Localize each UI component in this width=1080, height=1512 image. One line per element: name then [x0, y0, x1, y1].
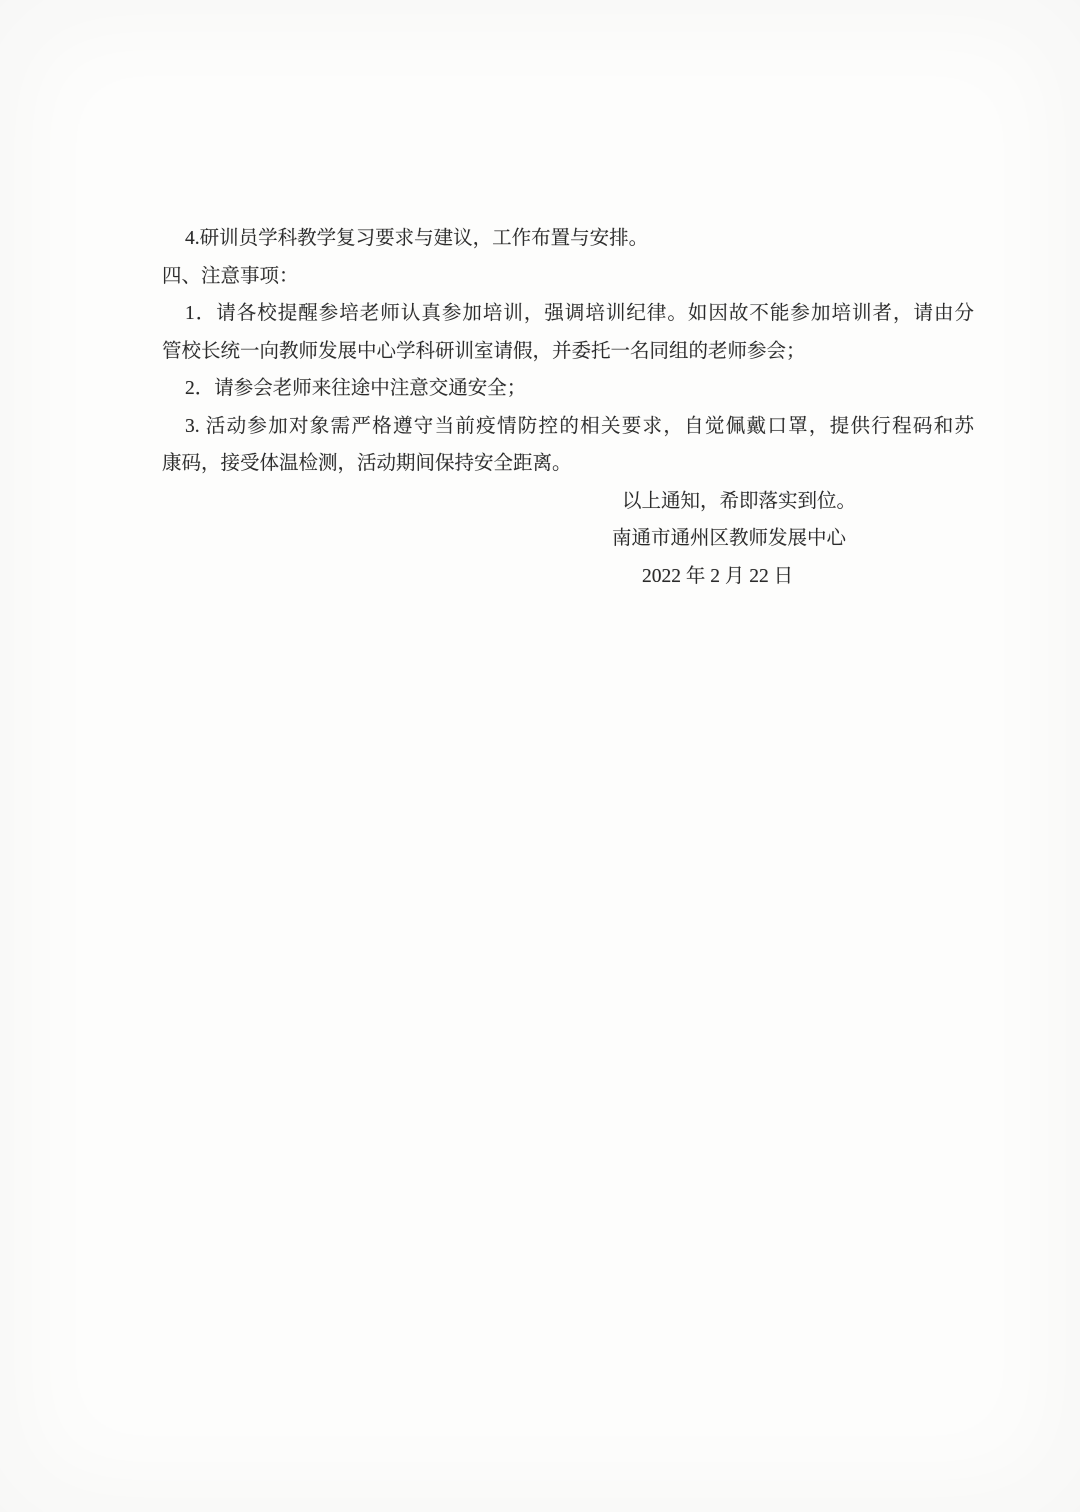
notice-body: 4.研训员学科教学复习要求与建议，工作布置与安排。 四、注意事项： 1．请各校提… — [162, 220, 974, 595]
point-4-line: 4.研训员学科教学复习要求与建议，工作布置与安排。 — [162, 220, 974, 258]
note-2-line: 2．请参会老师来往途中注意交通安全； — [162, 370, 974, 408]
note-3-line-2: 康码，接受体温检测，活动期间保持安全距离。 — [162, 445, 974, 483]
issuer-name: 南通市通州区教师发展中心 — [612, 520, 974, 558]
note-1-line-2: 管校长统一向教师发展中心学科研训室请假，并委托一名同组的老师参会； — [162, 333, 974, 371]
document-page: 4.研训员学科教学复习要求与建议，工作布置与安排。 四、注意事项： 1．请各校提… — [0, 0, 1080, 1512]
note-3-line-1: 3. 活动参加对象需严格遵守当前疫情防控的相关要求，自觉佩戴口罩，提供行程码和苏 — [162, 408, 974, 446]
closing-line: 以上通知，希即落实到位。 — [622, 483, 974, 521]
section-4-heading: 四、注意事项： — [162, 258, 974, 296]
note-1-line-1: 1．请各校提醒参培老师认真参加培训，强调培训纪律。如因故不能参加培训者，请由分 — [162, 295, 974, 333]
issue-date: 2022 年 2 月 22 日 — [642, 558, 974, 596]
